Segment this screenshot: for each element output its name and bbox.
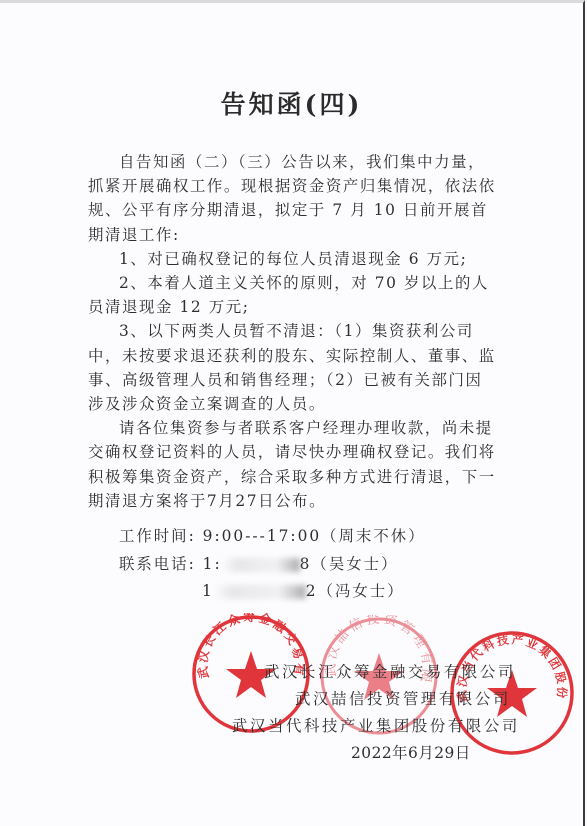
document-page: 告知函(四) 自告知函（二）（三）公告以来，我们集中力量，抓紧开展确权工作。现根… [0,0,585,826]
phone-suffix: 2（冯女士） [306,582,405,600]
contact-phone-1: 联系电话: 1:8（吴女士） [119,552,398,574]
signatory-2: 武汉喆信投资管理有限公司 [295,687,511,709]
paragraph-item-2: 2、本着人道主义关怀的原则，对 70 岁以上的人员清退现金 12 万元; [88,271,498,319]
signatory-3: 武汉当代科技产业集团股份有限公司 [232,714,520,736]
phone-prefix: 1: [203,555,222,573]
phone-suffix: 8（吴女士） [300,555,399,573]
paragraph-item-1: 1、对已确权登记的每位人员清退现金 6 万元; [88,247,498,271]
redacted-phone-digits [222,558,300,572]
paragraph-closing: 请各位集资参与者联系客户经理办理收款，尚未提交确权登记资料的人员，请尽快办理确权… [88,416,498,513]
paragraph-intro: 自告知函（二）（三）公告以来，我们集中力量，抓紧开展确权工作。现根据资金资产归集… [88,150,498,247]
work-hours-value: 9:00---17:00（周末不休） [203,527,426,545]
contact-label: 联系电话: [119,555,196,573]
work-hours-label: 工作时间: [119,527,196,545]
redacted-phone-digits [214,585,306,599]
phone-prefix: 1 [202,582,214,600]
document-title: 告知函(四) [0,85,583,121]
paragraph-item-3: 3、以下两类人员暂不清退：（1）集资获利公司中，未按要求退还获利的股东、实际控制… [88,319,498,416]
document-body: 自告知函（二）（三）公告以来，我们集中力量，抓紧开展确权工作。现根据资金资产归集… [88,150,498,513]
signatory-1: 武汉长江众筹金融交易有限公司 [264,660,516,682]
work-hours: 工作时间: 9:00---17:00（周末不休） [119,524,426,546]
contact-phone-2: 12（冯女士） [202,579,405,601]
document-date: 2022年6月29日 [351,741,471,763]
